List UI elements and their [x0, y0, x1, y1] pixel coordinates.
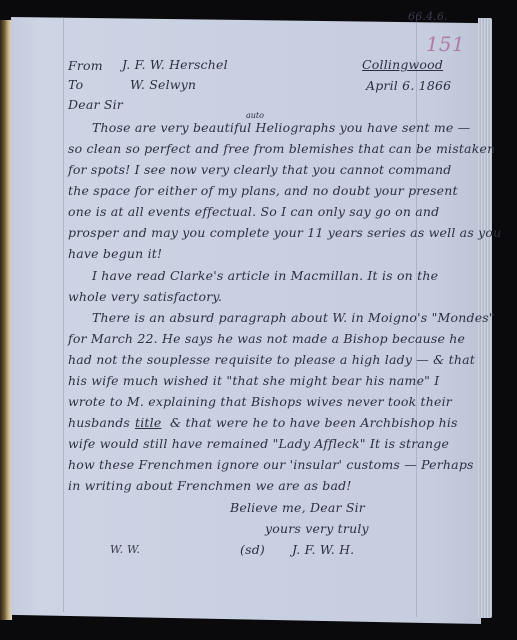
letter-line: wife would still have remained "Lady Aff… — [68, 436, 449, 451]
letter-line: one is at all events effectual. So I can… — [68, 204, 439, 219]
to-label: To — [68, 77, 83, 92]
letter-line: prosper and may you complete your 11 yea… — [68, 225, 501, 240]
letter-line: how these Frenchmen ignore our 'insular'… — [68, 457, 474, 472]
letter-line: There is an absurd paragraph about W. in… — [92, 310, 495, 325]
date: April 6. 1866 — [366, 78, 451, 93]
letter-line: so clean so perfect and free from blemis… — [68, 141, 495, 156]
from-label: From — [68, 58, 103, 73]
letter-line: & that were he to have been Archbishop h… — [170, 415, 458, 430]
archive-reference: 66.4.6. — [408, 10, 448, 23]
to-name: W. Selwyn — [130, 77, 196, 92]
letter-line: Those are very beautiful Heliographs you… — [92, 120, 470, 135]
signed-mark: (sd) — [240, 542, 265, 557]
left-margin-rule — [63, 17, 64, 612]
letter-line: for spots! I see now very clearly that y… — [68, 162, 452, 177]
letter-line: whole very satisfactory. — [68, 289, 222, 304]
letter-line: his wife much wished it "that she might … — [68, 373, 439, 388]
letter-line: for March 22. He says he was not made a … — [68, 331, 465, 346]
letter-line: had not the souplesse requisite to pleas… — [68, 352, 475, 367]
letter-line: the space for either of my plans, and no… — [68, 183, 458, 198]
letter-line: I have read Clarke's article in Macmilla… — [92, 268, 438, 283]
letter-line: wrote to M. explaining that Bishops wive… — [68, 394, 452, 409]
folio-number: 151 — [426, 32, 465, 56]
book-spine-edge — [0, 20, 12, 620]
left-initials: W. W. — [110, 543, 140, 556]
underlined-word: title — [135, 415, 161, 430]
letter-line: husbands — [68, 415, 130, 430]
letter-line: have begun it! — [68, 246, 162, 261]
from-name: J. F. W. Herschel — [122, 57, 228, 72]
closing-line: Believe me, Dear Sir — [230, 500, 365, 515]
scanned-letter-page: 66.4.6. 151 From J. F. W. Herschel To W.… — [0, 0, 517, 640]
closing-line: yours very truly — [265, 521, 369, 536]
interlinear-insert: auto — [246, 111, 264, 120]
letter-line: in writing about Frenchmen we are as bad… — [68, 478, 352, 493]
salutation: Dear Sir — [68, 97, 123, 112]
place: Collingwood — [362, 57, 443, 72]
signature: J. F. W. H. — [292, 542, 354, 557]
